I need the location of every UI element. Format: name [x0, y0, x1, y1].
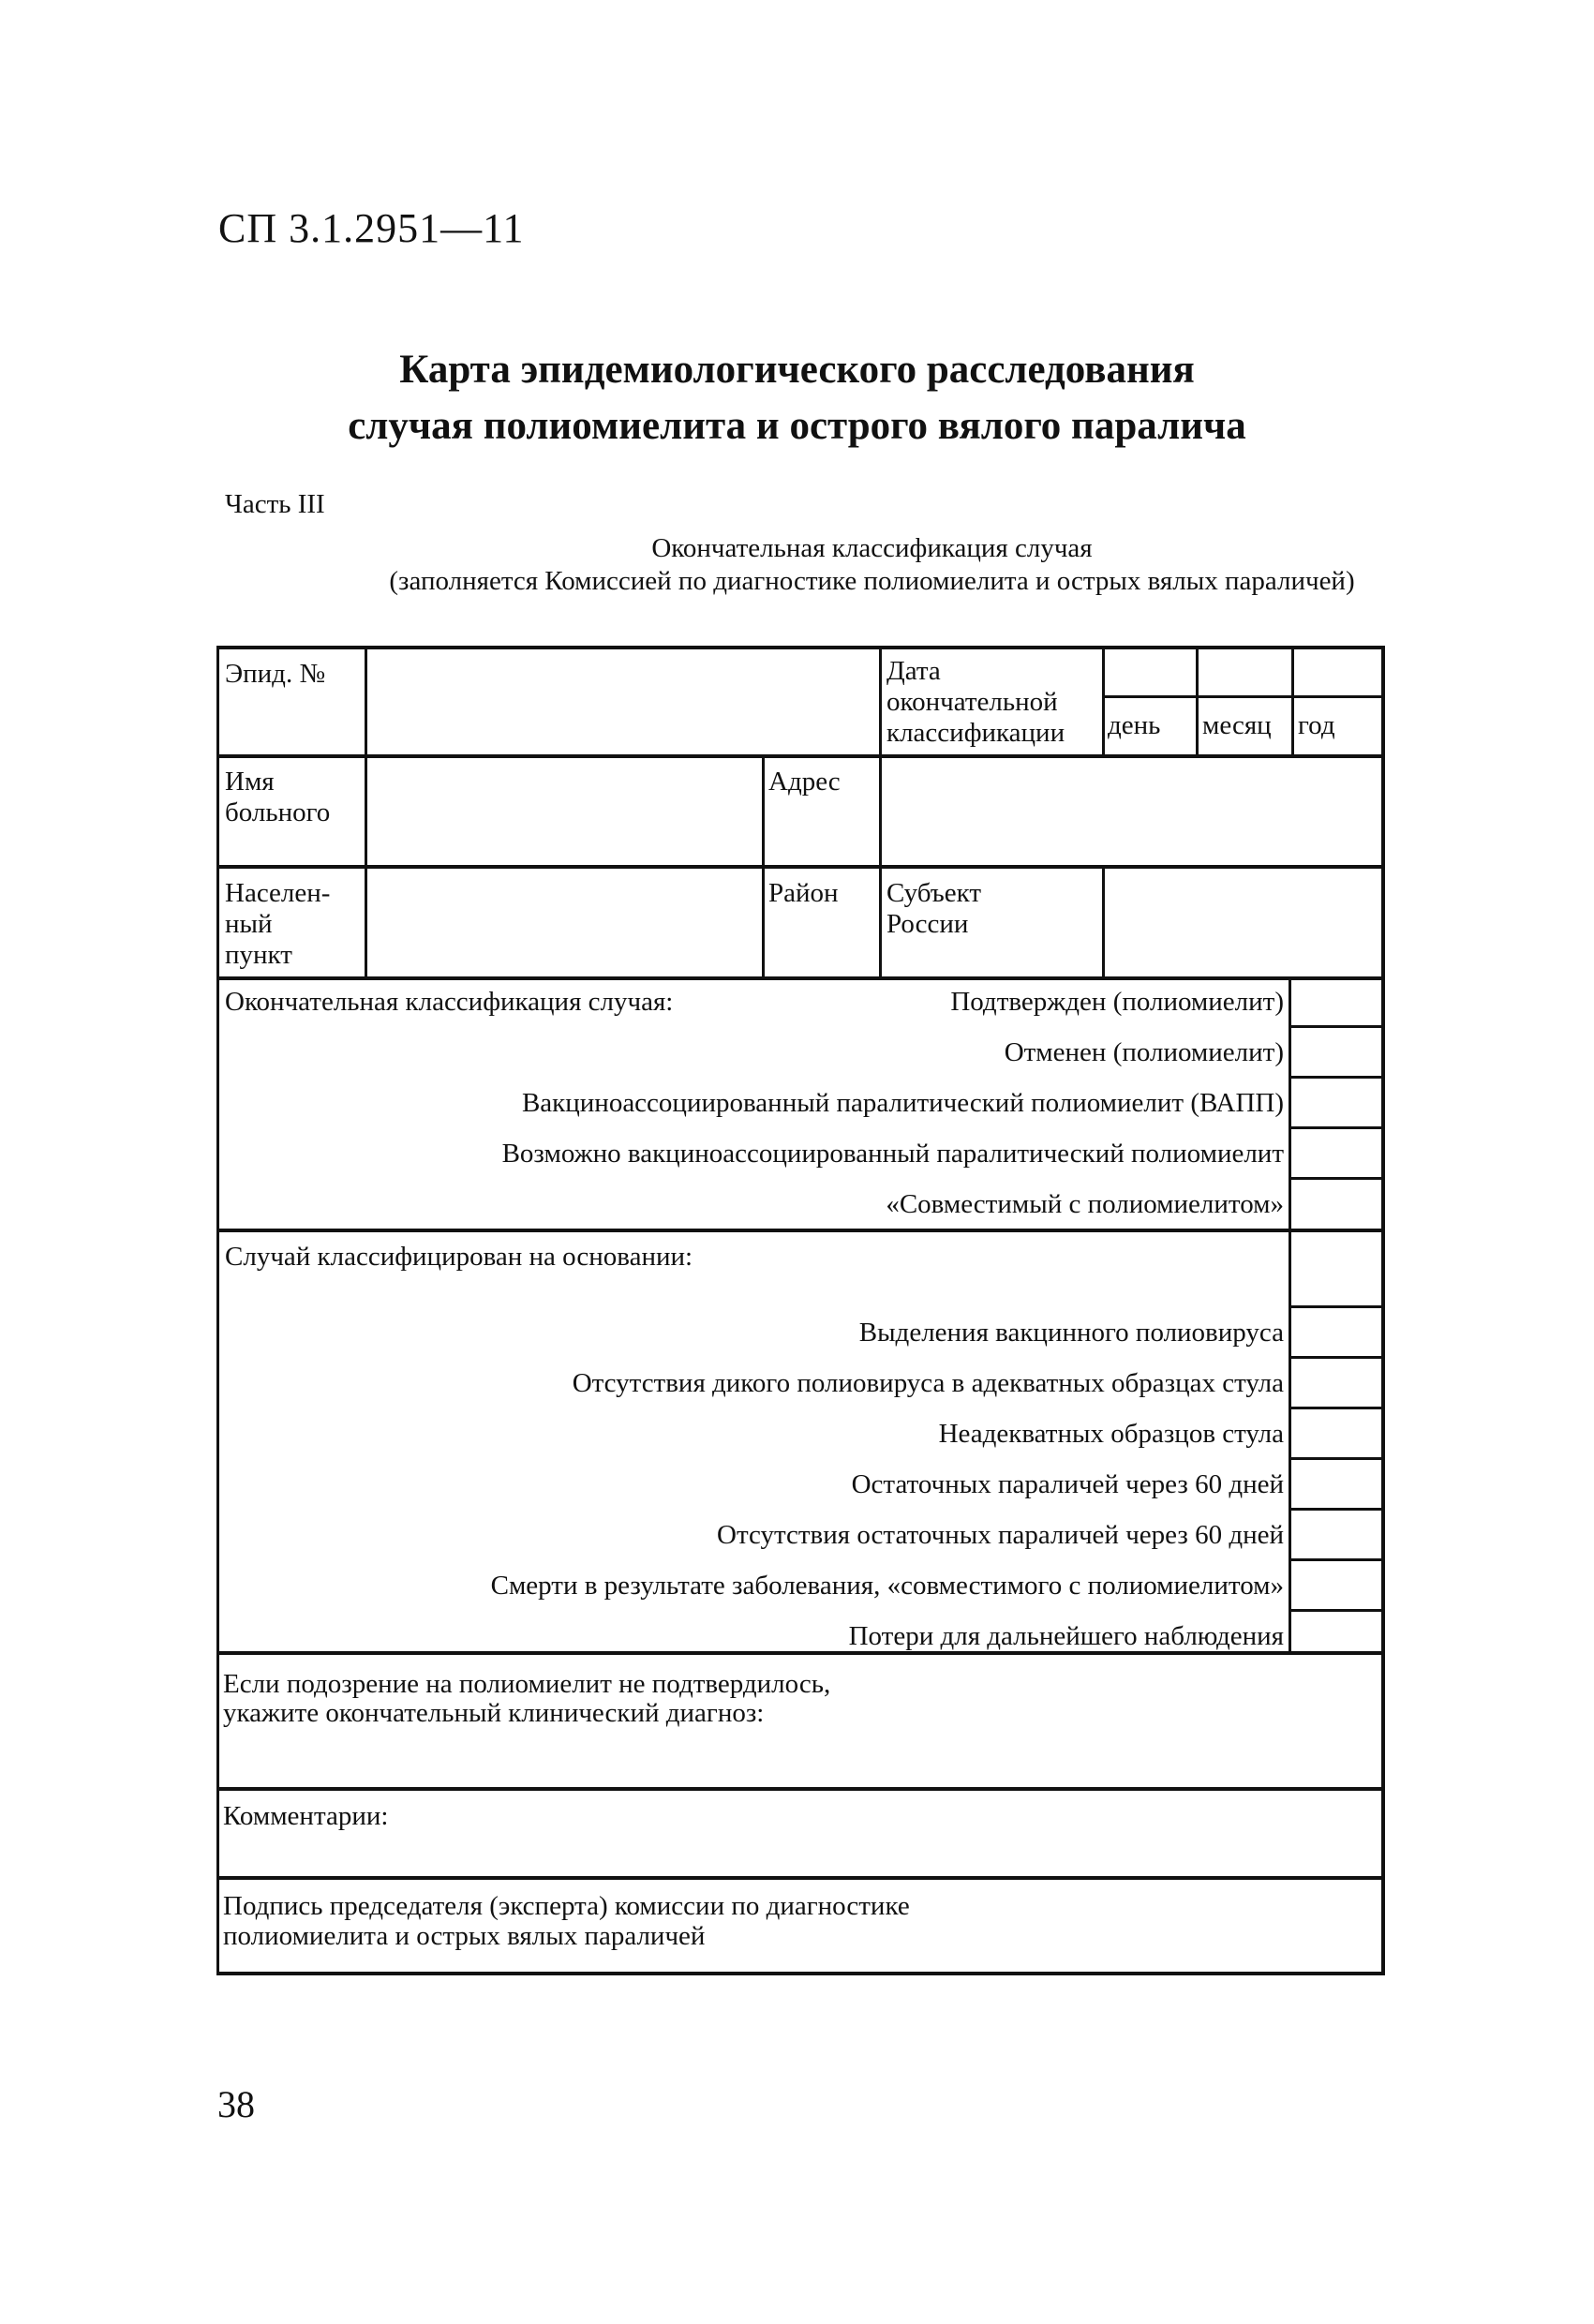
classification-checkbox-possible-vapp[interactable]: [1291, 1129, 1381, 1177]
address-field[interactable]: [882, 758, 1381, 865]
signature-label-1: Подпись председателя (эксперта) комиссии…: [223, 1891, 910, 1921]
title-line-2: случая полиомиелита и острого вялого пар…: [0, 398, 1594, 454]
basis-checkbox-residual-paralysis[interactable]: [1291, 1460, 1381, 1508]
classification-option-possible-vapp: Возможно вакциноассоциированный паралити…: [375, 1139, 1284, 1169]
divider: [216, 976, 1385, 980]
basis-option-vaccine-virus: Выделения вакцинного полиовируса: [375, 1318, 1284, 1348]
year-field[interactable]: [1294, 649, 1381, 695]
date-label-3: классификации: [886, 718, 1065, 748]
patient-name-label-1: Имя: [225, 767, 275, 797]
classification-option-discarded: Отменен (полиомиелит): [375, 1037, 1284, 1067]
basis-checkbox-vaccine-virus[interactable]: [1291, 1308, 1381, 1356]
locality-label-3: пункт: [225, 940, 292, 970]
comments-label: Комментарии:: [223, 1801, 388, 1831]
region-label-1: Субъект: [886, 878, 981, 908]
region-field[interactable]: [1105, 869, 1381, 976]
basis-checkbox-no-residual-paralysis[interactable]: [1291, 1511, 1381, 1558]
basis-checkbox-death[interactable]: [1291, 1561, 1381, 1609]
basis-option-lost-follow-up: Потери для дальнейшего наблюдения: [375, 1621, 1284, 1651]
classification-checkbox-compatible[interactable]: [1291, 1180, 1381, 1229]
table-border-right: [1381, 646, 1385, 1975]
divider: [1102, 695, 1383, 698]
day-field[interactable]: [1105, 649, 1196, 695]
table-border-bottom: [216, 1972, 1385, 1975]
epid-number-field[interactable]: [367, 649, 879, 754]
page-number: 38: [217, 2082, 255, 2126]
locality-field[interactable]: [367, 869, 762, 976]
basis-option-death: Смерти в результате заболевания, «совмес…: [375, 1571, 1284, 1601]
divider: [216, 1651, 1385, 1655]
basis-option-no-wild-virus: Отсутствия дикого полиовируса в адекватн…: [375, 1368, 1284, 1398]
classification-option-confirmed: Подтвержден (полиомиелит): [375, 987, 1284, 1017]
classification-option-vapp: Вакциноассоциированный паралитический по…: [375, 1088, 1284, 1118]
classification-checkbox-discarded[interactable]: [1291, 1028, 1381, 1076]
diagnosis-label-2: укажите окончательный клинический диагно…: [223, 1698, 764, 1728]
month-label: месяц: [1202, 710, 1272, 740]
basis-checkbox-lost-follow-up[interactable]: [1291, 1612, 1381, 1651]
patient-name-label-2: больного: [225, 797, 330, 827]
subtitle-line-1: Окончательная классификация случая: [75, 532, 1594, 565]
day-label: день: [1108, 710, 1160, 740]
part-label: Часть III: [225, 489, 325, 520]
basis-checkbox-blank[interactable]: [1291, 1232, 1381, 1305]
signature-label-2: полиомиелита и острых вялых параличей: [223, 1921, 705, 1951]
title-line-1: Карта эпидемиологического расследования: [0, 342, 1594, 398]
basis-option-no-residual-paralysis: Отсутствия остаточных параличей через 60…: [375, 1520, 1284, 1550]
basis-checkbox-no-wild-virus[interactable]: [1291, 1359, 1381, 1407]
classification-checkbox-confirmed[interactable]: [1291, 980, 1381, 1025]
locality-label-1: Населен-: [225, 878, 330, 908]
divider: [216, 1229, 1385, 1232]
basis-option-inadequate-samples: Неадекватных образцов стула: [375, 1419, 1284, 1449]
basis-checkbox-inadequate-samples[interactable]: [1291, 1409, 1381, 1457]
subtitle-line-2: (заполняется Комиссией по диагностике по…: [75, 565, 1594, 598]
diagnosis-label-1: Если подозрение на полиомиелит не подтве…: [223, 1669, 830, 1699]
date-label-1: Дата: [886, 656, 941, 686]
address-label: Адрес: [768, 767, 841, 797]
district-label: Район: [768, 878, 839, 908]
diagnosis-field[interactable]: [219, 1730, 1381, 1787]
patient-name-field[interactable]: [367, 758, 762, 865]
date-label-2: окончательной: [886, 687, 1058, 717]
classification-checkbox-vapp[interactable]: [1291, 1079, 1381, 1126]
divider: [216, 1787, 1385, 1791]
comments-field[interactable]: [219, 1832, 1381, 1876]
locality-label-2: ный: [225, 909, 273, 939]
epid-number-label: Эпид. №: [225, 659, 325, 689]
basis-heading: Случай классифицирован на основании:: [225, 1242, 693, 1272]
month-field[interactable]: [1199, 649, 1291, 695]
region-label-2: России: [886, 909, 968, 939]
divider: [216, 1876, 1385, 1880]
year-label: год: [1298, 710, 1335, 740]
classification-option-compatible: «Совместимый с полиомиелитом»: [375, 1189, 1284, 1219]
basis-option-residual-paralysis: Остаточных параличей через 60 дней: [375, 1469, 1284, 1499]
document-code: СП 3.1.2951—11: [218, 204, 525, 252]
